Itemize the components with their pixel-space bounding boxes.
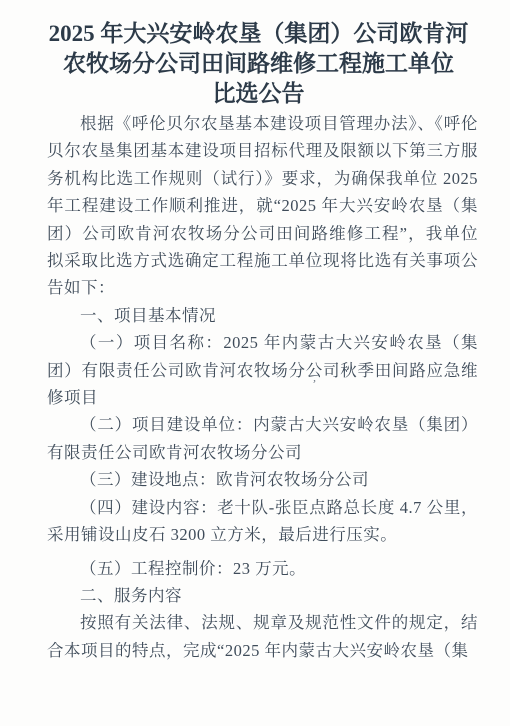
title-line-1: 2025 年大兴安岭农垦（集团）公司欧肯河 xyxy=(35,19,482,49)
document-title: 2025 年大兴安岭农垦（集团）公司欧肯河 农牧场分公司田间路维修工程施工单位 … xyxy=(35,19,482,109)
paragraph-intro: 根据《呼伦贝尔农垦基本建设项目管理办法》、《呼伦贝尔农垦集团基本建设项目招标代理… xyxy=(47,110,478,302)
item-location: （三）建设地点：欧肯河农牧场分公司 xyxy=(47,466,478,493)
section-heading-2: 二、服务内容 xyxy=(47,582,478,609)
item-construction-unit: （二）项目建设单位：内蒙古大兴安岭农垦（集团）有限责任公司欧肯河农牧场分公司 xyxy=(47,411,478,466)
title-line-2: 农牧场分公司田间路维修工程施工单位 xyxy=(35,49,482,79)
title-line-3: 比选公告 xyxy=(35,79,482,109)
document-body: 根据《呼伦贝尔农垦基本建设项目管理办法》、《呼伦贝尔农垦集团基本建设项目招标代理… xyxy=(47,110,478,664)
item-control-price: （五）工程控制价：23 万元。 xyxy=(47,555,478,582)
section-heading-1: 一、项目基本情况 xyxy=(47,302,478,329)
item-project-name: （一）项目名称：2025 年内蒙古大兴安岭农垦（集团）有限责任公司欧肯河农牧场分… xyxy=(47,329,478,411)
document-page: 2025 年大兴安岭农垦（集团）公司欧肯河 农牧场分公司田间路维修工程施工单位 … xyxy=(0,0,510,726)
paragraph-service-intro: 按照有关法律、法规、规章及规范性文件的规定，结合本项目的特点，完成“2025 年… xyxy=(47,609,478,664)
item-content: （四）建设内容：老十队-张臣点路总长度 4.7 公里，采用铺设山皮石 3200 … xyxy=(47,494,478,549)
